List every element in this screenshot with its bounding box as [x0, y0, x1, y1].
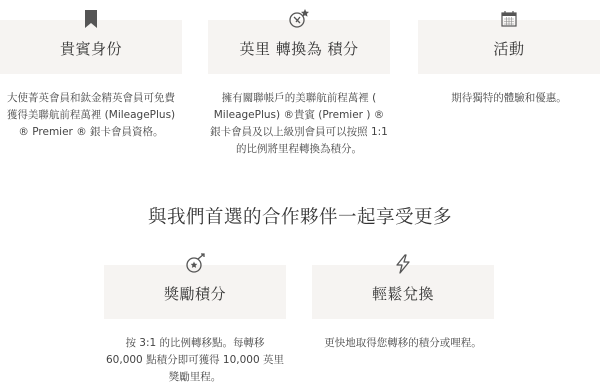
card-title: 英里 轉換為 積分 [239, 38, 358, 59]
card-events: 活動 期待獨特的體驗和優惠。 [418, 10, 600, 107]
card-bonus-points: 獎勵積分 按 3:1 的比例轉移點。每轉移 60,000 點積分即可獲得 10,… [104, 255, 286, 385]
card-title: 貴賓身份 [60, 38, 122, 59]
star-plane-icon [184, 253, 206, 275]
card-description: 期待獨特的體驗和優惠。 [418, 90, 600, 107]
card-easy-redemption: 輕鬆兌換 更快地取得您轉移的積分或哩程。 [312, 255, 494, 352]
card-elite-status: 貴賓身份 大使菁英會員和鈦金精英會員可免費獲得美聯航前程萬裡 (MileageP… [0, 10, 182, 141]
card-header: 貴賓身份 [0, 20, 182, 74]
bookmark-icon [80, 8, 102, 30]
card-description: 大使菁英會員和鈦金精英會員可免費獲得美聯航前程萬裡 (MileagePlus) … [0, 90, 182, 141]
card-header: 英里 轉換為 積分 [208, 20, 390, 74]
lightning-icon [392, 253, 414, 275]
card-title: 活動 [493, 38, 524, 59]
card-title: 獎勵積分 [164, 283, 226, 304]
section-headline: 與我們首選的合作夥伴一起享受更多 [0, 203, 600, 229]
card-description: 擁有關聯帳戶的美聯航前程萬裡 ( MileagePlus) ®貴賓 (Premi… [208, 90, 390, 158]
card-title: 輕鬆兌換 [372, 283, 434, 304]
card-header: 活動 [418, 20, 600, 74]
calendar-icon [498, 8, 520, 30]
card-description: 按 3:1 的比例轉移點。每轉移 60,000 點積分即可獲得 10,000 英… [104, 335, 286, 385]
card-description: 更快地取得您轉移的積分或哩程。 [312, 335, 494, 352]
card-header: 輕鬆兌換 [312, 265, 494, 319]
card-header: 獎勵積分 [104, 265, 286, 319]
card-miles-to-points: 英里 轉換為 積分 擁有關聯帳戶的美聯航前程萬裡 ( MileagePlus) … [208, 10, 390, 158]
plane-star-icon [288, 8, 310, 30]
